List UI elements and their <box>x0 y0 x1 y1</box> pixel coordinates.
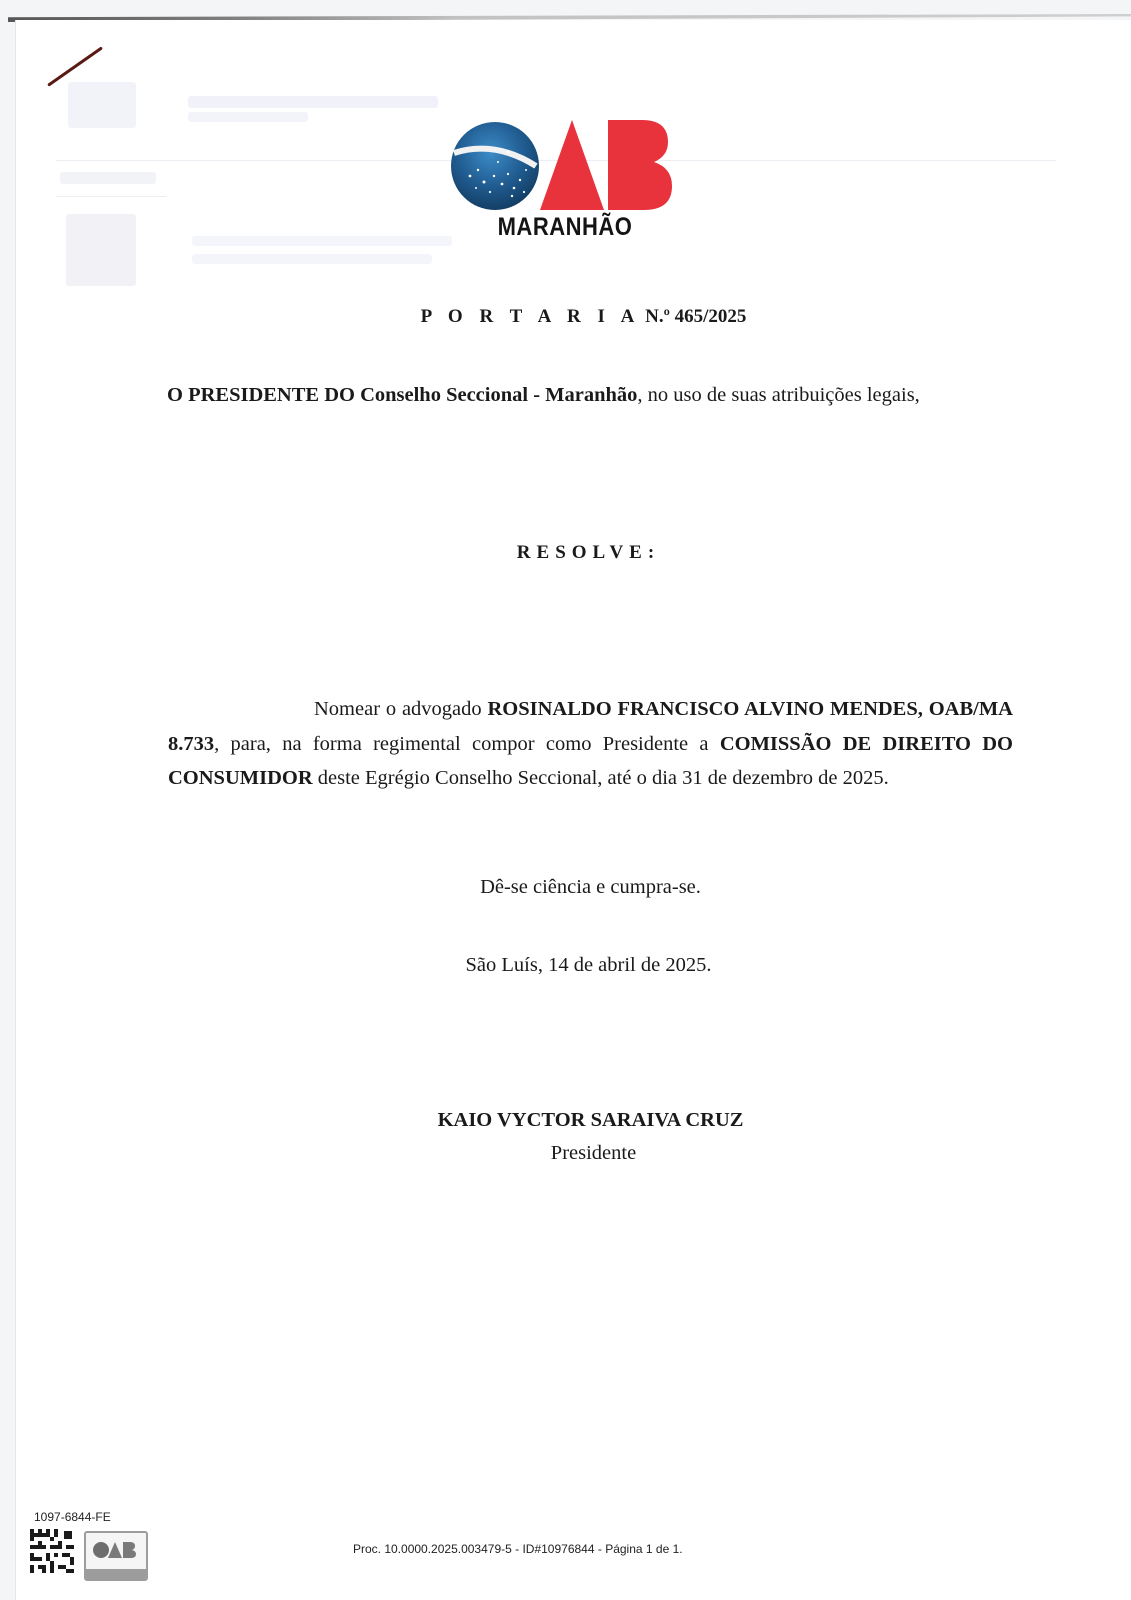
signer-role: Presidente <box>0 1142 1131 1165</box>
body-text-3: deste Egrégio Conselho Seccional, até o … <box>313 767 889 789</box>
oab-maranhao-logo: MARANHÃO <box>450 118 680 243</box>
ghost-text-block <box>192 236 452 246</box>
ghost-logo-box <box>68 82 136 128</box>
document-page <box>16 20 1131 1600</box>
stamp-band <box>86 1569 146 1579</box>
document-title: P O R T A R I A N.º 465/2025 <box>0 306 1131 328</box>
verification-code: 1097-6844-FE <box>34 1510 111 1524</box>
oab-stamp <box>84 1531 148 1581</box>
intro-paragraph: O PRESIDENTE DO Conselho Seccional - Mar… <box>167 384 1027 407</box>
intro-bold: O PRESIDENTE DO Conselho Seccional - Mar… <box>167 384 637 406</box>
ghost-text-block <box>188 112 308 122</box>
oab-stamp-icon <box>86 1533 146 1567</box>
title-prefix: P O R T A R I A <box>421 306 641 327</box>
resolve-heading: RESOLVE: <box>0 542 1131 564</box>
title-number: N.º 465/2025 <box>645 306 746 327</box>
body-text-2: , para, na forma regimental compor como … <box>214 733 720 755</box>
process-reference: Proc. 10.0000.2025.003479-5 - ID#1097684… <box>353 1542 683 1556</box>
signer-name: KAIO VYCTOR SARAIVA CRUZ <box>0 1109 1131 1132</box>
body-text-1: Nomear o advogado <box>314 698 488 720</box>
dateline: São Luís, 14 de abril de 2025. <box>0 954 1131 977</box>
oab-logo-icon <box>450 118 680 218</box>
ghost-divider <box>56 196 166 197</box>
ghost-text-block <box>188 96 438 108</box>
ghost-qr <box>66 214 136 286</box>
logo-caption: MARANHÃO <box>450 212 680 242</box>
body-paragraph: Nomear o advogado ROSINALDO FRANCISCO AL… <box>168 692 1013 796</box>
closing-line: Dê-se ciência e cumpra-se. <box>0 876 1131 899</box>
ghost-id-text <box>60 172 156 184</box>
intro-rest: , no uso de suas atribuições legais, <box>637 384 919 406</box>
ghost-text-block <box>192 254 432 264</box>
qr-code-icon[interactable] <box>30 1529 74 1573</box>
